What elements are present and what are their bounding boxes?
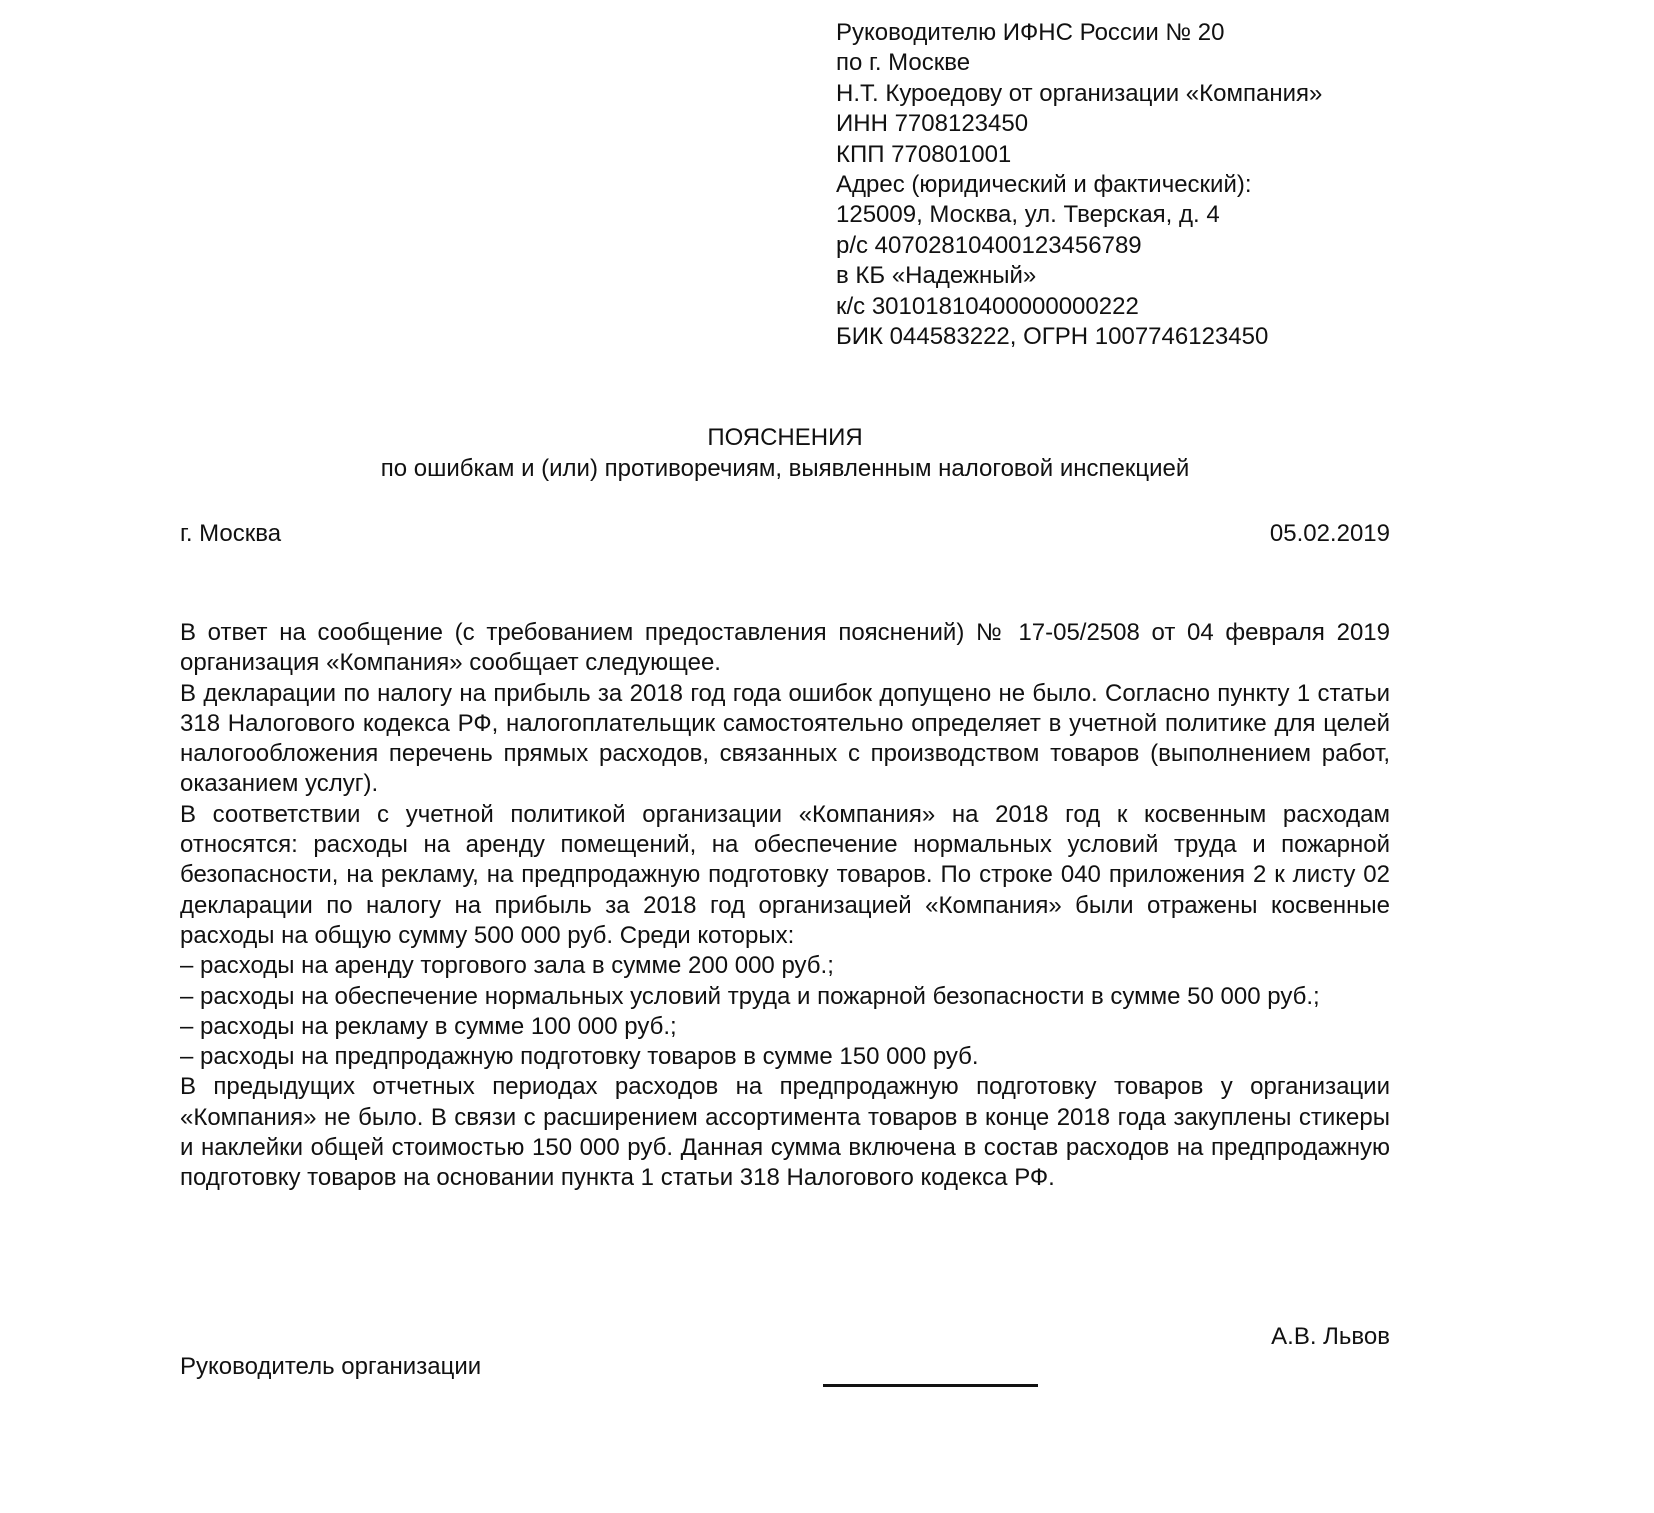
signer-role: Руководитель организации [180, 1353, 481, 1381]
inn-line: ИНН 7708123450 [836, 109, 1322, 139]
body-paragraph: В ответ на сообщение (с требованием пред… [180, 618, 1390, 679]
bik-ogrn-line: БИК 044583222, ОГРН 1007746123450 [836, 322, 1322, 352]
document-date: 05.02.2019 [1270, 520, 1390, 548]
document-title: ПОЯСНЕНИЯ по ошибкам и (или) противоречи… [0, 422, 1570, 484]
account-line: р/с 40702810400123456789 [836, 231, 1322, 261]
document-body: В ответ на сообщение (с требованием пред… [180, 618, 1390, 1194]
address-line: 125009, Москва, ул. Тверская, д. 4 [836, 200, 1322, 230]
title-subheading: по ошибкам и (или) противоречиям, выявле… [0, 453, 1570, 484]
recipient-line: Руководителю ИФНС России № 20 [836, 18, 1322, 48]
list-item: – расходы на аренду торгового зала в сум… [180, 951, 1390, 981]
body-paragraph: В соответствии с учетной политикой орган… [180, 800, 1390, 951]
recipient-block: Руководителю ИФНС России № 20 по г. Моск… [836, 18, 1322, 352]
signature-line [823, 1384, 1038, 1387]
list-item: – расходы на рекламу в сумме 100 000 руб… [180, 1012, 1390, 1042]
body-paragraph: В предыдущих отчетных периодах расходов … [180, 1072, 1390, 1193]
title-heading: ПОЯСНЕНИЯ [0, 422, 1570, 453]
address-label: Адрес (юридический и фактический): [836, 170, 1322, 200]
recipient-line: Н.Т. Куроедову от организации «Компания» [836, 79, 1322, 109]
kpp-line: КПП 770801001 [836, 140, 1322, 170]
recipient-line: по г. Москве [836, 48, 1322, 78]
body-paragraph: В декларации по налогу на прибыль за 201… [180, 679, 1390, 800]
place: г. Москва [180, 520, 281, 548]
list-item: – расходы на предпродажную подготовку то… [180, 1042, 1390, 1072]
bank-line: в КБ «Надежный» [836, 261, 1322, 291]
list-item: – расходы на обеспечение нормальных усло… [180, 982, 1390, 1012]
corr-account-line: к/с 30101810400000000222 [836, 292, 1322, 322]
signer-name: А.В. Львов [1271, 1323, 1390, 1351]
